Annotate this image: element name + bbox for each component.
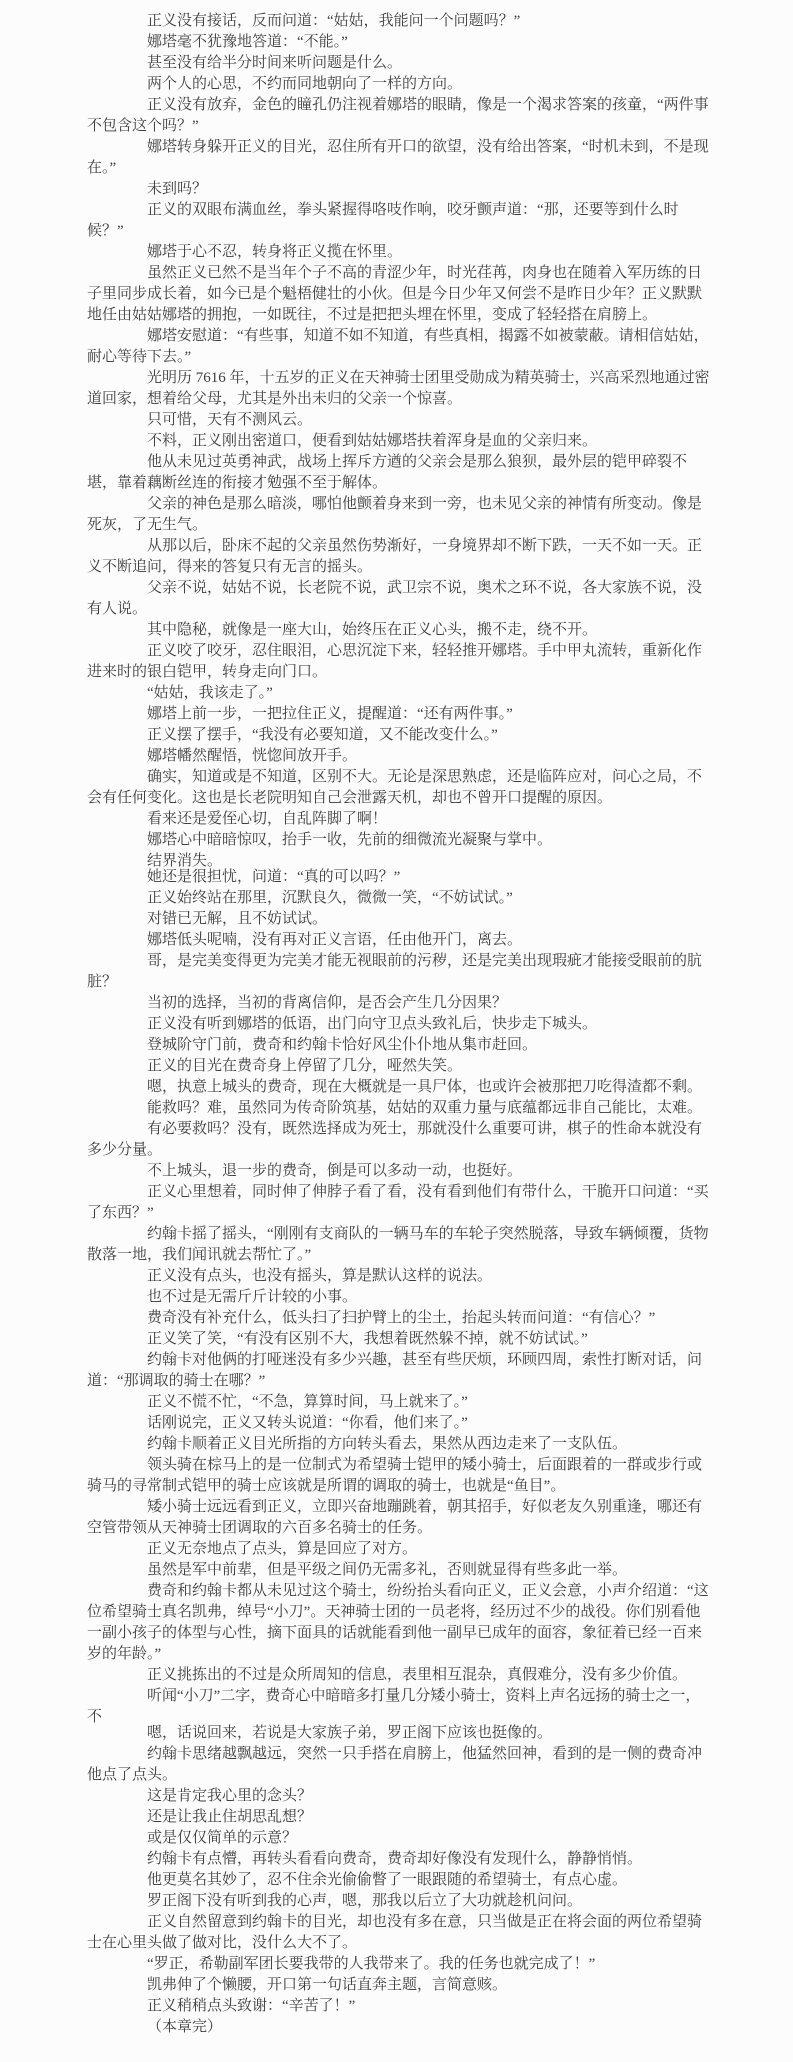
paragraph: 不上城头，退一步的费奇，倒是可以多动一动，也挺好。 — [87, 1161, 710, 1182]
paragraph: 娜塔心中暗暗惊叹，抬手一收，先前的细微流光凝聚与掌中。 — [87, 830, 710, 851]
chapter-end-note: （本章完） — [87, 2017, 710, 2038]
paragraph: 凯弗伸了个懒腰，开口第一句话直奔主题，言简意赅。 — [87, 1975, 710, 1996]
paragraph: 正义的目光在费奇身上停留了几分，哑然失笑。 — [87, 1056, 710, 1077]
paragraph: 两个人的心思，不约而同地朝向了一样的方向。 — [87, 74, 710, 95]
paragraph: 约翰卡有点懵，再转头看看向费奇，费奇却好像没有发现什么，静静悄悄。 — [87, 1849, 710, 1870]
paragraph: 正义咬了咬牙，忍住眼泪，心思沉淀下来，轻轻推开娜塔。手中甲丸流转，重新化作进来时… — [87, 641, 710, 683]
paragraph: “姑姑，我该走了。” — [87, 683, 710, 704]
paragraph: 只可惜，天有不测风云。 — [87, 410, 710, 431]
paragraph: 娜塔毫不犹豫地答道：“不能。” — [87, 32, 710, 53]
paragraph: 光明历 7616 年，十五岁的正义在天神骑士团里受勋成为精英骑士，兴高采烈地通过… — [87, 368, 710, 410]
paragraph: 娜塔幡然醒悟，恍惚间放开手。 — [87, 746, 710, 767]
paragraph: 正义摆了摆手，“我没有必要知道，又不能改变什么。” — [87, 725, 710, 746]
paragraph: 正义没有听到娜塔的低语，出门向守卫点头致礼后，快步走下城头。 — [87, 1014, 710, 1035]
paragraph: 不料，正义刚出密道口，便看到姑姑娜塔扶着浑身是血的父亲归来。 — [87, 431, 710, 452]
paragraph: 或是仅仅简单的示意？ — [87, 1828, 710, 1849]
paragraph: 正义始终站在那里，沉默良久，微微一笑，“不妨试试。” — [87, 888, 710, 909]
paragraph: 父亲不说，姑姑不说，长老院不说，武卫宗不说，奥术之环不说，各大家族不说，没有人说… — [87, 578, 710, 620]
paragraph: 娜塔安慰道：“有些事，知道不如不知道，有些真相，揭露不如被蒙蔽。请相信姑姑，耐心… — [87, 326, 710, 368]
paragraph: 话刚说完，正义又转头说道：“你看，他们来了。” — [87, 1413, 710, 1434]
paragraph: 约翰卡顺着正义目光所指的方向转头看去，果然从西边走来了一支队伍。 — [87, 1434, 710, 1455]
novel-chapter-page: 正义没有接话，反而问道：“姑姑，我能问一个问题吗？”娜塔毫不犹豫地答道：“不能。… — [0, 0, 793, 2062]
paragraph: 娜塔低头呢喃，没有再对正义言语，任由他开门，离去。 — [87, 930, 710, 951]
paragraph: 看来还是爱侄心切，自乱阵脚了啊！ — [87, 809, 710, 830]
paragraph: 当初的选择，当初的背离信仰，是否会产生几分因果？ — [87, 993, 710, 1014]
paragraph: 听闻“小刀”二字，费奇心中暗暗多打量几分矮小骑士，资料上声名远扬的骑士之一，不 — [87, 1686, 710, 1728]
paragraph: 领头骑在棕马上的是一位制式为希望骑士铠甲的矮小骑士，后面跟着的一群或步行或骑马的… — [87, 1455, 710, 1497]
paragraph: 虽然是军中前辈，但是平级之间仍无需多礼，否则就显得有些多此一举。 — [87, 1560, 710, 1581]
paragraph: 正义的双眼布满血丝，拳头紧握得咯吱作响，咬牙颤声道：“那，还要等到什么时候？” — [87, 200, 710, 242]
paragraph: 约翰卡思绪越飘越远，突然一只手搭在肩膀上，他猛然回神，看到的是一侧的费奇冲他点了… — [87, 1744, 710, 1786]
paragraph: 虽然正义已然不是当年个子不高的青涩少年，时光荏苒，肉身也在随着入军历练的日子里同… — [87, 263, 710, 326]
paragraph: 未到吗？ — [87, 179, 710, 200]
paragraph: 正义没有接话，反而问道：“姑姑，我能问一个问题吗？” — [87, 11, 710, 32]
paragraph: 正义无奈地点了点头，算是回应了对方。 — [87, 1539, 710, 1560]
paragraph: 正义挑拣出的不过是众所周知的信息，表里相互混杂，真假难分，没有多少价值。 — [87, 1665, 710, 1686]
paragraph: 正义不慌不忙，“不急，算算时间，马上就来了。” — [87, 1392, 710, 1413]
paragraph: 嗯，执意上城头的费奇，现在大概就是一具尸体，也或许会被那把刀吃得渣都不剩。 — [87, 1077, 710, 1098]
paragraph: 哥，是完美变得更为完美才能无视眼前的污秽，还是完美出现瑕疵才能接受眼前的肮脏？ — [87, 951, 710, 993]
paragraph: 从那以后，卧床不起的父亲虽然伤势渐好，一身境界却不断下跌，一天不如一天。正义不断… — [87, 536, 710, 578]
paragraph: 费奇没有补充什么，低头扫了扫护臂上的尘土，抬起头转而问道：“有信心？” — [87, 1308, 710, 1329]
paragraph: 正义自然留意到约翰卡的目光，却也没有多在意，只当做是正在将会面的两位希望骑士在心… — [87, 1912, 710, 1954]
paragraph: 约翰卡摇了摇头，“刚刚有支商队的一辆马车的车轮子突然脱落，导致车辆倾覆，货物散落… — [87, 1224, 710, 1266]
paragraph: 父亲的神色是那么暗淡，哪怕他颤着身来到一旁，也未见父亲的神情有所变动。像是死灰，… — [87, 494, 710, 536]
paragraph: 娜塔转身躲开正义的目光，忍住所有开口的欲望，没有给出答案，“时机未到，不是现在。… — [87, 137, 710, 179]
paragraph: 他更莫名其妙了，忍不住余光偷偷瞥了一眼跟随的希望骑士，有点心虚。 — [87, 1870, 710, 1891]
paragraph: 娜塔上前一步，一把拉住正义，提醒道：“还有两件事。” — [87, 704, 710, 725]
paragraph: 登城阶守门前，费奇和约翰卡恰好风尘仆仆地从集市赶回。 — [87, 1035, 710, 1056]
text-column: 正义没有接话，反而问道：“姑姑，我能问一个问题吗？”娜塔毫不犹豫地答道：“不能。… — [87, 11, 710, 2038]
paragraph: 正义心里想着，同时伸了伸脖子看了看，没有看到他们有带什么，干脆开口问道：“买了东… — [87, 1182, 710, 1224]
paragraph: 娜塔于心不忍，转身将正义揽在怀里。 — [87, 242, 710, 263]
paragraph: 约翰卡对他俩的打哑迷没有多少兴趣，甚至有些厌烦，环顾四周，索性打断对话，问道：“… — [87, 1350, 710, 1392]
paragraph: 确实，知道或是不知道，区别不大。无论是深思熟虑，还是临阵应对，问心之局，不会有任… — [87, 767, 710, 809]
paragraph: 费奇和约翰卡都从未见过这个骑士，纷纷抬头看向正义，正义会意，小声介绍道：“这位希… — [87, 1581, 710, 1665]
paragraph: 其中隐秘，就像是一座大山，始终压在正义心头，搬不走，绕不开。 — [87, 620, 710, 641]
paragraph: 这是肯定我心里的念头？ — [87, 1786, 710, 1807]
paragraph: 正义稍稍点头致谢：“辛苦了！” — [87, 1996, 710, 2017]
paragraph: 还是让我止住胡思乱想？ — [87, 1807, 710, 1828]
paragraph: 也不过是无需斤斤计较的小事。 — [87, 1287, 710, 1308]
paragraph: 正义没有点头，也没有摇头，算是默认这样的说法。 — [87, 1266, 710, 1287]
paragraph: 他从未见过英勇神武，战场上挥斥方遒的父亲会是那么狼狈，最外层的铠甲碎裂不堪，靠着… — [87, 452, 710, 494]
paragraph: 正义没有放弃，金色的瞳孔仍注视着娜塔的眼睛，像是一个渴求答案的孩童，“两件事不包… — [87, 95, 710, 137]
paragraph: 她还是很担忧，问道：“真的可以吗？” — [87, 867, 710, 888]
paragraph: 甚至没有给半分时间来听问题是什么。 — [87, 53, 710, 74]
paragraph: 对错已无解，且不妨试试。 — [87, 909, 710, 930]
paragraph: “罗正，希勒副军团长要我带的人我带来了。我的任务也就完成了！” — [87, 1954, 710, 1975]
paragraph: 嗯，话说回来，若说是大家族子弟，罗正阁下应该也挺像的。 — [87, 1723, 710, 1744]
paragraph: 矮小骑士远远看到正义，立即兴奋地蹦跳着，朝其招手，好似老友久别重逢，哪还有空管带… — [87, 1497, 710, 1539]
paragraph: 罗正阁下没有听到我的心声，嗯，那我以后立了大功就趁机问问。 — [87, 1891, 710, 1912]
paragraph: 正义笑了笑，“有没有区别不大，我想着既然躲不掉，就不妨试试。” — [87, 1329, 710, 1350]
paragraph: 能救吗？难，虽然同为传奇阶筑基，姑姑的双重力量与底蕴都远非自己能比，太难。 — [87, 1098, 710, 1119]
paragraph: 有必要救吗？没有，既然选择成为死士，那就没什么重要可讲，棋子的性命本就没有多少分… — [87, 1119, 710, 1161]
